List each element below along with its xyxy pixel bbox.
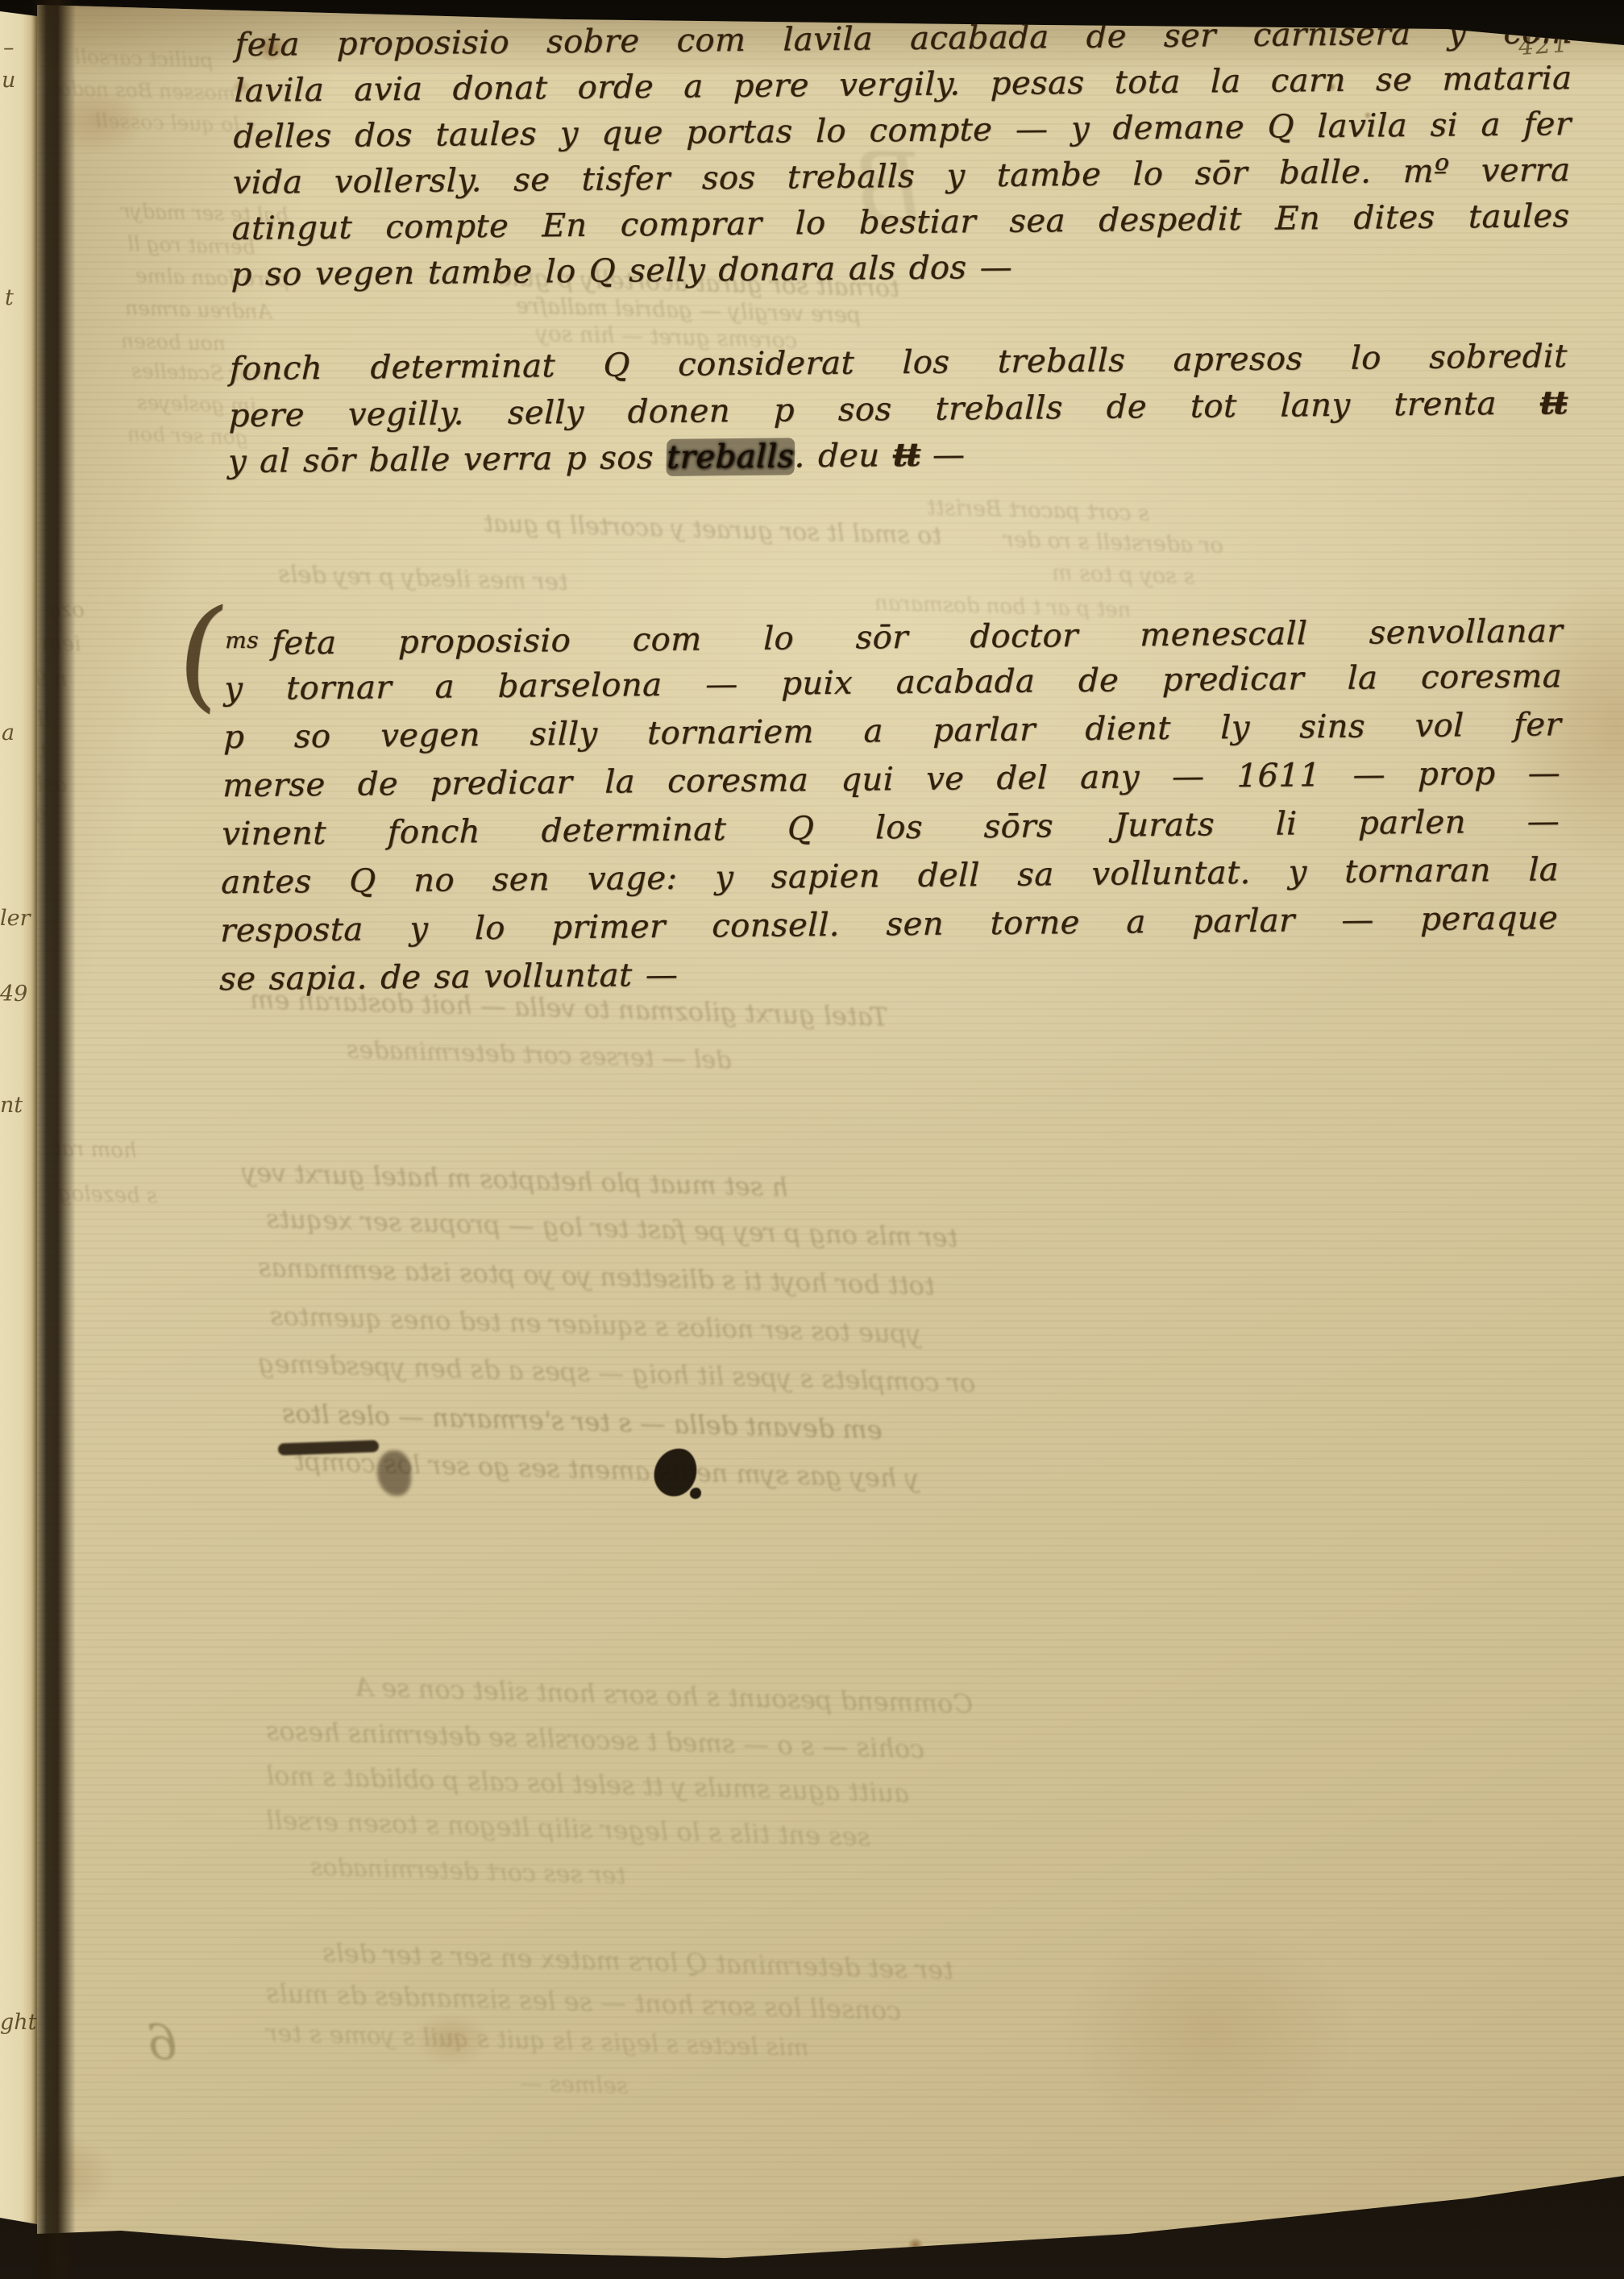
margin-ghost: s bezelog [58,1181,158,1208]
ink-blot [690,1488,701,1499]
sliver-mark: 49 [0,983,27,1005]
sliver-mark: t [5,287,14,309]
text-run: — [919,436,965,474]
ghost-line: ter set determinat Q lors matex en ser s… [322,1937,954,1986]
ghost-line: ter ses cort determinados [310,1854,626,1891]
margin-ghost: oza [48,597,85,622]
sliver-mark: nt [0,1094,23,1116]
margin-ghost: iem [42,631,81,656]
ghost-line: 6 [146,2014,178,2071]
sliver-mark: a [2,722,15,744]
margin-ghost: mossen Bos nodos [48,77,236,105]
ghost-line: h set muat plo hetaptos m hatel gurxt ve… [242,1157,789,1203]
ink-smudge [377,1451,411,1496]
paragraph-3: ( msfeta proposisio com lo sōr doctor me… [219,604,1564,1003]
manuscript-page: 421 tornalt sor gurat acortelly p guid p… [0,0,1624,2279]
margin-ghost: t [39,740,48,764]
margin-ghost: s lo quel cossell [95,109,257,137]
ghost-line: cohis — s o — smed t secorslls se determ… [266,1716,925,1765]
sliver-mark: ler [0,907,31,929]
ghost-line: ter mls ong p rey pe fast ter log — prop… [266,1203,958,1253]
margin-ghost: ll [37,708,51,732]
blotted-word: treballs [667,438,795,476]
margin-ghost: nou bosen [121,329,226,355]
manuscript-scan: – u t a ler 49 nt ght 421 tornalt sor gu… [0,0,1624,2279]
text-run: . deu [794,437,893,475]
sliver-mark: u [2,69,15,91]
facing-page-edge: – u t a ler 49 nt ght [0,0,37,2279]
sliver-mark: ght [0,2011,37,2033]
sliver-mark: – [3,37,15,59]
text-run: pere vegilly. selly donen p sos treballs… [229,385,1497,434]
ghost-line: em devant della — s ter s'ermaran — oles… [282,1398,883,1446]
abbreviation-mes: ms [225,627,259,654]
paragraph-1: feta proposisio sobre com lavila acabada… [231,10,1573,298]
margin-ghost: puilict carsoll [74,45,214,73]
ghost-line: mis lectes s legis s ls quit s quil s yo… [266,2020,810,2063]
manuscript-text: feta proposisio sobre com lavila acabada… [218,10,1572,1070]
margin-ghost: n 9 [34,666,68,691]
lliura-symbol: tt [1539,384,1567,421]
text-run: y al sōr balle verra p sos [228,439,667,480]
ghost-line: consell los sors hont — se les sismandes… [266,1978,902,2026]
margin-ghost: hom rat [53,1137,138,1164]
ghost-line: or complets s ypes lit hoig — spes a ds … [258,1348,976,1399]
ghost-line: ses ent tils s lo leger silip ltegon s t… [266,1805,871,1853]
ghost-line: ypue tos ser noilos s squiaer en ted one… [270,1301,922,1350]
ghost-line: Commend pesount s ho sors hont silet con… [355,1671,974,1719]
ghost-line: selmes — [520,2069,629,2099]
lliura-symbol: tt [892,436,920,474]
ghost-line: tott bor hoyt ti s dlisetten yo yo ptos … [258,1252,936,1301]
ghost-line: auitt agus smuls y tt selet los cals p o… [266,1760,910,1808]
paragraph-2: fonch determinat Q considerat los trebal… [227,334,1568,484]
